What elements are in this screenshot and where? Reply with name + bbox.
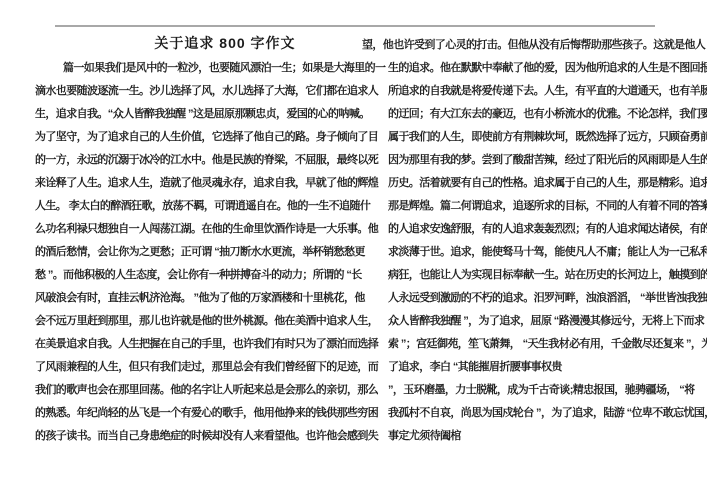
text-line: ”，玉环磨墨，力士脱靴，成为千古奇谈;精忠报国，驰骋疆场， “将 (362, 379, 707, 402)
text-line: 我孤村不自哀，尚思为国戍轮台 ”，为了追求，陆游 “位卑不敢忘忧国， (362, 402, 707, 425)
text-line: 众人皆醉我独醒 ”，为了追求，屈原 “路漫漫其修远兮，无将上下而求 (362, 310, 707, 333)
text-line: 病狂，也能让人为实现目标奉献一生。站在历史的长河边上，触摸到的是令 (362, 264, 707, 287)
text-line: 因为那里有我的梦。尝到了酸甜苦辣，经过了阳光后的风雨即是人生的一部 (362, 149, 707, 172)
text-line: 那是辉煌。篇二何谓追求，追逐所求的目标，不同的人有着不同的答案。有 (362, 195, 707, 218)
text-line: 愁 ”。而他积极的人生态度，会让你有一种拼搏奋斗的动力；所谓的 “长 (35, 264, 380, 287)
text-line: 为了坚守，为了追求自己的人生价值，它选择了他自己的路。身子倾向了目 (35, 126, 380, 149)
text-line: 的人追求安逸舒服，有的人追求轰轰烈烈；有的人追求闻达诸侯，有的人追 (362, 218, 707, 241)
text-line: 了风雨兼程的人生，但只有我们走过，那里总会有我们曾经留下的足迹，而 (35, 356, 380, 379)
text-line: 的熟悉。年纪尚轻的丛飞是一个有爱心的歌手，他用他挣来的钱供那些穷困 (35, 402, 380, 425)
text-line: 滴水也要随波逐流一生。沙儿选择了风，水儿选择了大海，它们都在追求人 (35, 80, 380, 103)
text-line: 望，他也许受到了心灵的打击。但他从没有后悔帮助那些孩子。这就是他人 (362, 34, 707, 57)
text-line: 在美景追求自我。人生把握在自己的手里，也许我们有时只为了漂泊而选择 (35, 333, 380, 356)
text-line: 了追求，李白 “其能摧眉折腰事事权贵 (362, 356, 707, 379)
text-line: 人生。 李太白的醉酒狂歌，放荡不羁，可谓逍遥自在。他的一生不追随什 (35, 195, 380, 218)
text-line: 属于我们的人生，即使前方有荆棘坎坷，既然选择了远方，只顾奋勇前行， (362, 126, 707, 149)
text-line: 么功名利禄只想独自一人闯荡江湖。在他的生命里饮酒作诗是一大乐事。他 (35, 218, 380, 241)
right-text-column: 望，他也许受到了心灵的打击。但他从没有后悔帮助那些孩子。这就是他人生的追求。他在… (362, 34, 707, 448)
text-line: 来诠释了人生。追求人生，造就了他灵魂永存，追求自我，早就了他的辉煌 (35, 172, 380, 195)
text-line: 的孩子读书。而当自己身患绝症的时候却没有人来看望他。也许他会感到失 (35, 425, 380, 448)
text-line: 的酒后愁情，会让你为之更愁；正可谓 “抽刀断水水更流，举杯销愁愁更 (35, 241, 380, 264)
text-line: 我们的歌声也会在那里回荡。他的名字让人听起来总是会那么的亲切，那么 (35, 379, 380, 402)
text-line: 的一方，永远的沉溺于冰冷的江水中。他是民族的脊梁，不屈服，最终以死 (35, 149, 380, 172)
text-line: 人永远受到激励的不朽的追求。汨罗河畔，浊浪滔滔， “举世皆浊我独清， (362, 287, 707, 310)
document-page: 关于追求 800 字作文 篇一如果我们是风中的一粒沙，也要随风漂泊一生；如果是大… (0, 0, 707, 500)
text-line: 历史。活着就要有自己的性格。追求属于自己的人生，那是精彩。追求自我， (362, 172, 707, 195)
page-title: 关于追求 800 字作文 (40, 33, 410, 53)
text-line: 求淡薄于世。追求，能使驽马十驾，能使凡人不庸；能让人为一己私利丧心 (362, 241, 707, 264)
text-line: 生的追求。他在默默中奉献了他的爱，因为他所追求的人生是不图回报，他 (362, 57, 707, 80)
text-line: 生，追求自我。“众人皆醉我独醒 ”这是屈原那颗忠贞，爱国的心的呐喊。 (35, 103, 380, 126)
text-line: 篇一如果我们是风中的一粒沙，也要随风漂泊一生；如果是大海里的一 (35, 57, 380, 80)
text-line: 所追求的自我就是将爱传递下去。人生，有平直的大道通天，也有羊肠小路 (362, 80, 707, 103)
header-divider (55, 25, 655, 27)
text-line: 索 ”；宫廷御苑，笙飞萧舞， “天生我材必有用，千金散尽还复来 ”，为 (362, 333, 707, 356)
text-line: 风破浪会有时，直挂云帆济沧海。 ”他为了他的万家酒楼和十里桃花，他 (35, 287, 380, 310)
text-line: 事定尤须待阖棺 (362, 425, 707, 448)
text-line: 的迂回；有大江东去的豪迈，也有小桥流水的优雅。不论怎样，我们要追求 (362, 103, 707, 126)
text-line: 会不远万里赶到那里，那儿也许就是他的世外桃源。他在美酒中追求人生， (35, 310, 380, 333)
left-text-column: 篇一如果我们是风中的一粒沙，也要随风漂泊一生；如果是大海里的一滴水也要随波逐流一… (35, 57, 380, 448)
